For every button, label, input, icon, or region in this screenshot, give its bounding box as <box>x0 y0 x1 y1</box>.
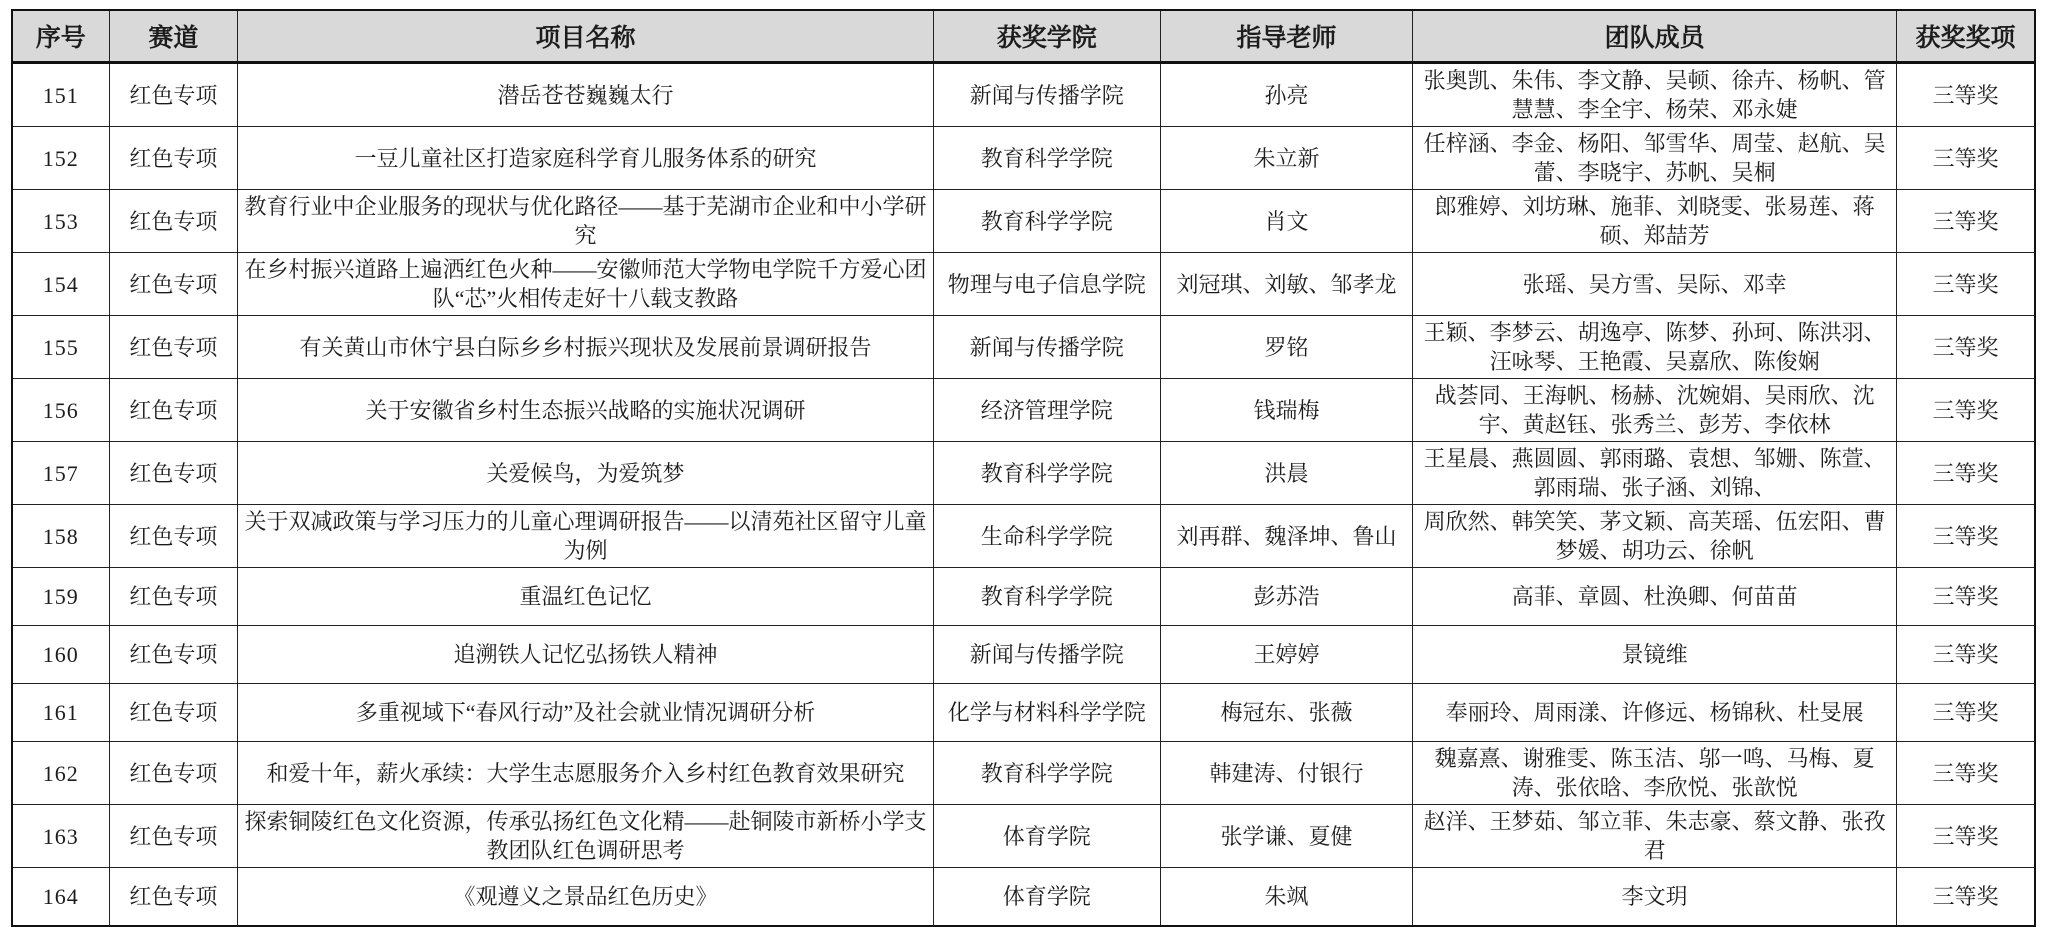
cell-award: 三等奖 <box>1896 568 2035 626</box>
cell-advisor: 张学谦、夏健 <box>1160 805 1413 853</box>
table-row: 156 红色专项 关于安徽省乡村生态振兴战略的实施状况调研 经济管理学院 钱瑞梅… <box>12 379 2035 442</box>
cell-project-name: 有关黄山市休宁县白际乡乡村振兴现状及发展前景调研报告 <box>238 316 934 379</box>
cell-track: 红色专项 <box>109 127 237 190</box>
cell-award: 三等奖 <box>1896 253 2035 316</box>
cell-college: 教育科学学院 <box>933 568 1160 626</box>
cell-project-name: 和爱十年，薪火承续：大学生志愿服务介入乡村红色教育效果研究 <box>238 742 934 805</box>
cell-advisor: 洪晨 <box>1160 442 1413 505</box>
cell-track: 红色专项 <box>109 253 237 316</box>
cell-college: 新闻与传播学院 <box>933 316 1160 379</box>
table-body: 151 红色专项 潜岳苍苍巍巍太行 新闻与传播学院 孙亮 张奥凯、朱伟、李文静、… <box>12 63 2035 853</box>
cell-team-members: 奉丽玲、周雨漾、许修远、杨锦秋、杜旻展 <box>1413 684 1896 742</box>
cell-track: 红色专项 <box>109 505 237 568</box>
table-row: 161 红色专项 多重视域下“春风行动”及社会就业情况调研分析 化学与材料科学学… <box>12 684 2035 742</box>
table-header-row: 序号 赛道 项目名称 获奖学院 指导老师 团队成员 获奖奖项 <box>12 10 2035 63</box>
cell-project-name: 重温红色记忆 <box>238 568 934 626</box>
cell-award: 三等奖 <box>1896 742 2035 805</box>
cell-award: 三等奖 <box>1896 684 2035 742</box>
cell-track: 红色专项 <box>109 684 237 742</box>
cell-project-name: 追溯铁人记忆弘扬铁人精神 <box>238 626 934 684</box>
cell-serial-number: 154 <box>12 253 109 316</box>
cell-project-name: 探索铜陵红色文化资源，传承弘扬红色文化精——赴铜陵市新桥小学支教团队红色调研思考 <box>238 805 934 853</box>
cell-college: 新闻与传播学院 <box>933 63 1160 127</box>
cell-award: 三等奖 <box>1896 316 2035 379</box>
cell-advisor: 刘再群、魏泽坤、鲁山 <box>1160 505 1413 568</box>
cell-project-name: 多重视域下“春风行动”及社会就业情况调研分析 <box>238 684 934 742</box>
award-table-container: 序号 赛道 项目名称 获奖学院 指导老师 团队成员 获奖奖项 151 红色专项 … <box>11 9 2036 852</box>
cell-award: 三等奖 <box>1896 190 2035 253</box>
cell-college: 教育科学学院 <box>933 742 1160 805</box>
cell-award: 三等奖 <box>1896 442 2035 505</box>
cell-team-members: 王颖、李梦云、胡逸亭、陈梦、孙珂、陈洪羽、汪咏琴、王艳霞、吴嘉欣、陈俊娴 <box>1413 316 1896 379</box>
cell-serial-number: 151 <box>12 63 109 127</box>
cell-college: 教育科学学院 <box>933 127 1160 190</box>
cell-advisor: 肖文 <box>1160 190 1413 253</box>
cell-project-name: 潜岳苍苍巍巍太行 <box>238 63 934 127</box>
cell-serial-number: 152 <box>12 127 109 190</box>
table-row: 152 红色专项 一豆儿童社区打造家庭科学育儿服务体系的研究 教育科学学院 朱立… <box>12 127 2035 190</box>
cell-project-name: 关爱候鸟，为爱筑梦 <box>238 442 934 505</box>
col-header-serial: 序号 <box>12 10 109 63</box>
cell-team-members: 任梓涵、李金、杨阳、邹雪华、周莹、赵航、吴蕾、李晓宇、苏帆、吴桐 <box>1413 127 1896 190</box>
cell-track: 红色专项 <box>109 568 237 626</box>
cell-advisor: 彭苏浩 <box>1160 568 1413 626</box>
cell-college: 教育科学学院 <box>933 190 1160 253</box>
cell-team-members: 周欣然、韩笑笑、茅文颖、高芙瑶、伍宏阳、曹梦媛、胡功云、徐帆 <box>1413 505 1896 568</box>
table-row: 154 红色专项 在乡村振兴道路上遍洒红色火种——安徽师范大学物电学院千方爱心团… <box>12 253 2035 316</box>
cell-track: 红色专项 <box>109 190 237 253</box>
cell-college: 新闻与传播学院 <box>933 626 1160 684</box>
cell-college: 经济管理学院 <box>933 379 1160 442</box>
cell-team-members: 战荟同、王海帆、杨赫、沈婉娟、吴雨欣、沈宇、黄赵钰、张秀兰、彭芳、李依林 <box>1413 379 1896 442</box>
cell-serial-number: 159 <box>12 568 109 626</box>
cell-team-members: 景镜维 <box>1413 626 1896 684</box>
table-row: 155 红色专项 有关黄山市休宁县白际乡乡村振兴现状及发展前景调研报告 新闻与传… <box>12 316 2035 379</box>
cell-award: 三等奖 <box>1896 805 2035 853</box>
table-row: 157 红色专项 关爱候鸟，为爱筑梦 教育科学学院 洪晨 王星晨、燕圆圆、郭雨璐… <box>12 442 2035 505</box>
cell-college: 生命科学学院 <box>933 505 1160 568</box>
table-row: 163 红色专项 探索铜陵红色文化资源，传承弘扬红色文化精——赴铜陵市新桥小学支… <box>12 805 2035 853</box>
cell-college: 物理与电子信息学院 <box>933 253 1160 316</box>
cell-award: 三等奖 <box>1896 63 2035 127</box>
cell-award: 三等奖 <box>1896 127 2035 190</box>
table-row: 153 红色专项 教育行业中企业服务的现状与优化路径——基于芜湖市企业和中小学研… <box>12 190 2035 253</box>
cell-advisor: 钱瑞梅 <box>1160 379 1413 442</box>
cell-advisor: 朱立新 <box>1160 127 1413 190</box>
col-header-track: 赛道 <box>109 10 237 63</box>
cell-track: 红色专项 <box>109 316 237 379</box>
col-header-team: 团队成员 <box>1413 10 1896 63</box>
cell-track: 红色专项 <box>109 742 237 805</box>
cell-serial-number: 156 <box>12 379 109 442</box>
cell-advisor: 刘冠琪、刘敏、邹孝龙 <box>1160 253 1413 316</box>
table-row: 162 红色专项 和爱十年，薪火承续：大学生志愿服务介入乡村红色教育效果研究 教… <box>12 742 2035 805</box>
cell-advisor: 王婷婷 <box>1160 626 1413 684</box>
cell-award: 三等奖 <box>1896 379 2035 442</box>
cell-project-name: 关于双减政策与学习压力的儿童心理调研报告——以清苑社区留守儿童为例 <box>238 505 934 568</box>
cell-serial-number: 163 <box>12 805 109 853</box>
cell-project-name: 教育行业中企业服务的现状与优化路径——基于芜湖市企业和中小学研究 <box>238 190 934 253</box>
cell-track: 红色专项 <box>109 442 237 505</box>
table-row: 160 红色专项 追溯铁人记忆弘扬铁人精神 新闻与传播学院 王婷婷 景镜维 三等… <box>12 626 2035 684</box>
cell-serial-number: 162 <box>12 742 109 805</box>
cell-serial-number: 158 <box>12 505 109 568</box>
award-table: 序号 赛道 项目名称 获奖学院 指导老师 团队成员 获奖奖项 151 红色专项 … <box>11 9 2036 852</box>
cell-advisor: 韩建涛、付银行 <box>1160 742 1413 805</box>
cell-award: 三等奖 <box>1896 626 2035 684</box>
cell-serial-number: 153 <box>12 190 109 253</box>
cell-team-members: 魏嘉熹、谢雅雯、陈玉洁、邬一鸣、马梅、夏涛、张依晗、李欣悦、张歆悦 <box>1413 742 1896 805</box>
cell-serial-number: 161 <box>12 684 109 742</box>
cell-college: 化学与材料科学学院 <box>933 684 1160 742</box>
cell-project-name: 在乡村振兴道路上遍洒红色火种——安徽师范大学物电学院千方爱心团队“芯”火相传走好… <box>238 253 934 316</box>
cell-team-members: 王星晨、燕圆圆、郭雨璐、袁想、邹姗、陈萱、郭雨瑞、张子涵、刘锦、 <box>1413 442 1896 505</box>
cell-team-members: 高菲、章圆、杜涣卿、何苗苗 <box>1413 568 1896 626</box>
cell-serial-number: 155 <box>12 316 109 379</box>
cell-project-name: 一豆儿童社区打造家庭科学育儿服务体系的研究 <box>238 127 934 190</box>
cell-track: 红色专项 <box>109 379 237 442</box>
cell-advisor: 罗铭 <box>1160 316 1413 379</box>
cell-serial-number: 160 <box>12 626 109 684</box>
cell-track: 红色专项 <box>109 805 237 853</box>
cell-team-members: 赵洋、王梦茹、邹立菲、朱志豪、蔡文静、张孜君 <box>1413 805 1896 853</box>
cell-team-members: 张奥凯、朱伟、李文静、吴顿、徐卉、杨帆、管慧慧、李全宇、杨荣、邓永婕 <box>1413 63 1896 127</box>
col-header-award: 获奖奖项 <box>1896 10 2035 63</box>
cell-team-members: 郎雅婷、刘坊琳、施菲、刘晓雯、张易莲、蒋硕、郑喆芳 <box>1413 190 1896 253</box>
cell-track: 红色专项 <box>109 63 237 127</box>
cell-award: 三等奖 <box>1896 505 2035 568</box>
cell-college: 教育科学学院 <box>933 442 1160 505</box>
cell-advisor: 孙亮 <box>1160 63 1413 127</box>
cell-advisor: 梅冠东、张薇 <box>1160 684 1413 742</box>
col-header-project: 项目名称 <box>238 10 934 63</box>
cell-track: 红色专项 <box>109 626 237 684</box>
table-row: 151 红色专项 潜岳苍苍巍巍太行 新闻与传播学院 孙亮 张奥凯、朱伟、李文静、… <box>12 63 2035 127</box>
col-header-advisor: 指导老师 <box>1160 10 1413 63</box>
cell-serial-number: 157 <box>12 442 109 505</box>
table-row: 159 红色专项 重温红色记忆 教育科学学院 彭苏浩 高菲、章圆、杜涣卿、何苗苗… <box>12 568 2035 626</box>
table-row: 158 红色专项 关于双减政策与学习压力的儿童心理调研报告——以清苑社区留守儿童… <box>12 505 2035 568</box>
cell-college: 体育学院 <box>933 805 1160 853</box>
cell-team-members: 张瑶、吴方雪、吴际、邓幸 <box>1413 253 1896 316</box>
col-header-college: 获奖学院 <box>933 10 1160 63</box>
cell-project-name: 关于安徽省乡村生态振兴战略的实施状况调研 <box>238 379 934 442</box>
